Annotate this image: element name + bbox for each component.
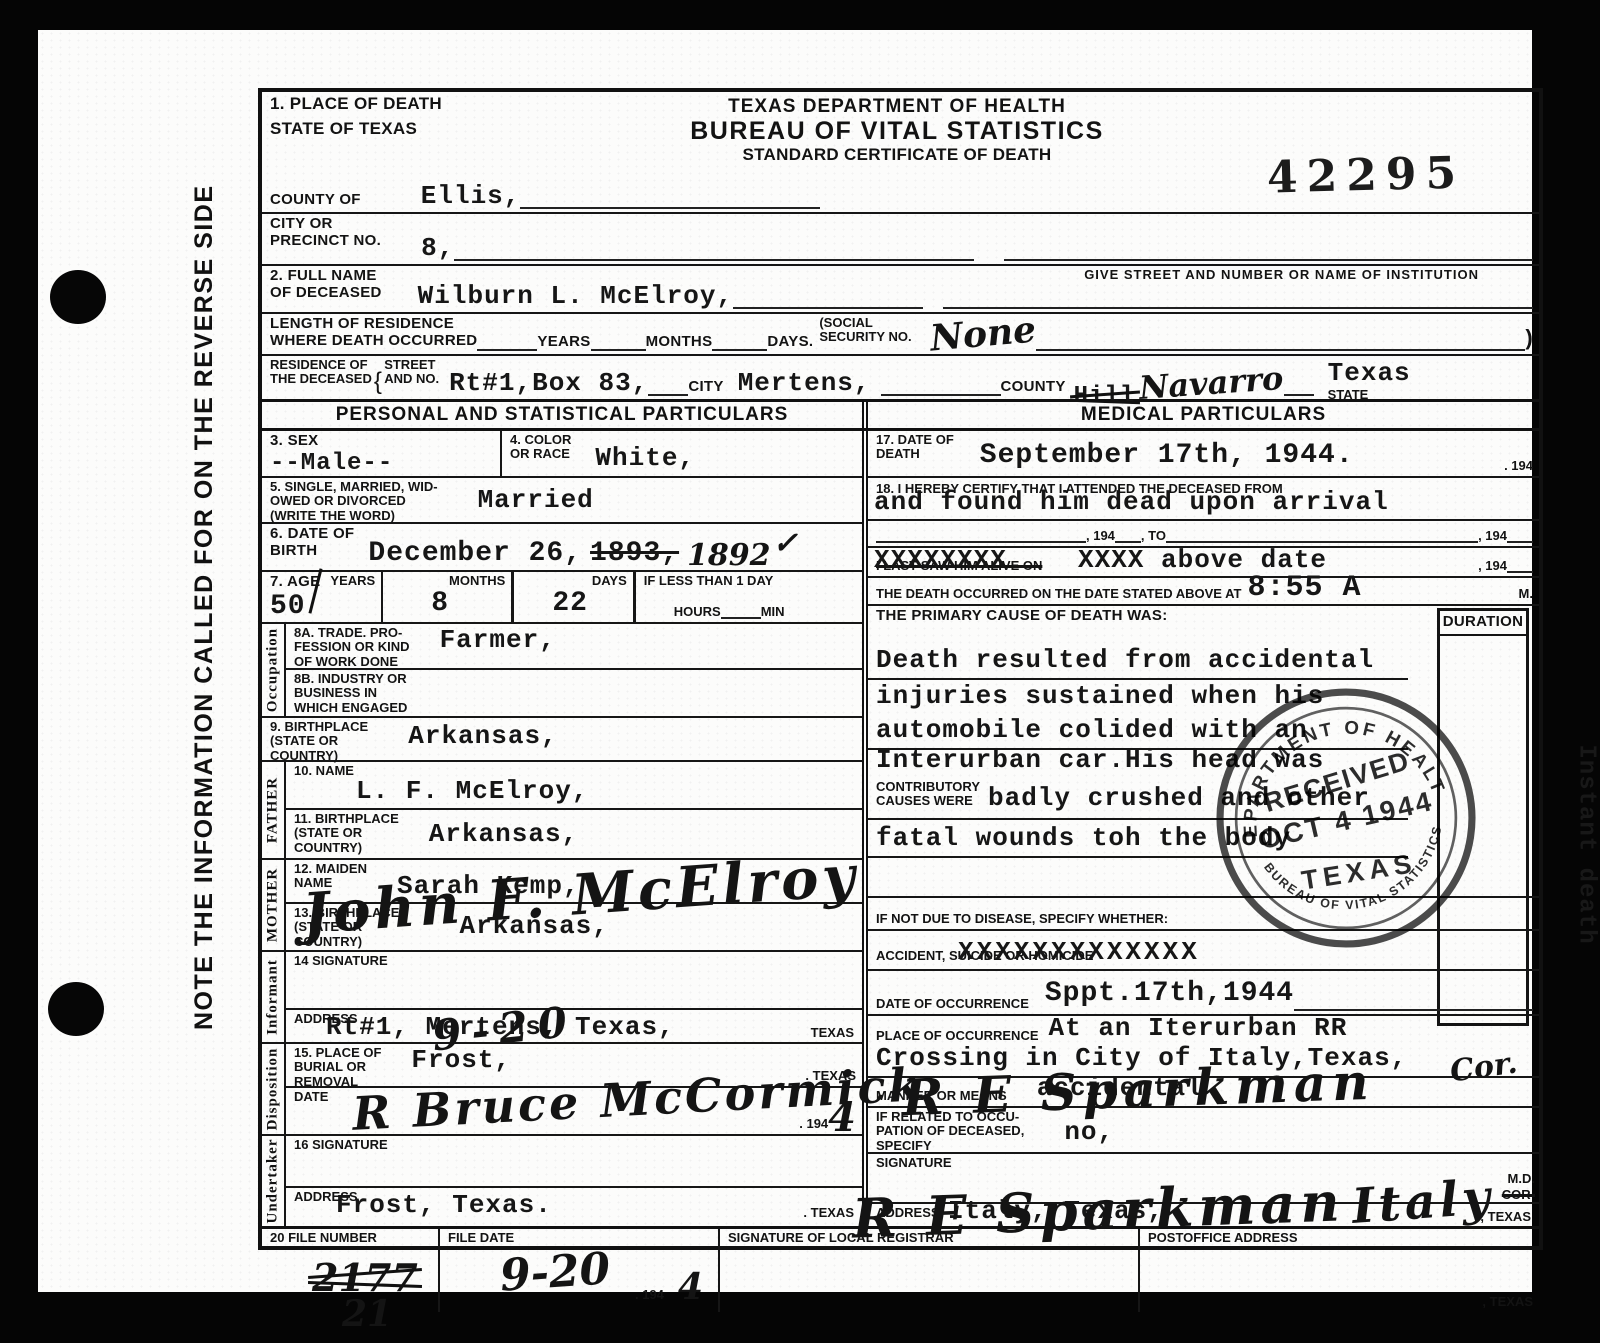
father-name-row: 10. NAME L. F. McElroy, <box>286 762 862 810</box>
occupation-group: Occupation 8A. TRADE. PRO- FESSION OR KI… <box>262 624 862 718</box>
to-end: , 194 <box>1478 529 1507 543</box>
cor-label: COR- <box>1502 1188 1535 1202</box>
place-of-death-label: 1. PLACE OF DEATH <box>270 94 700 113</box>
occurred-time: 8:55 A <box>1247 571 1361 605</box>
file-date-year-script: 4 <box>678 1266 703 1308</box>
father-bp-label-3: COUNTRY) <box>294 841 399 855</box>
state2-label: STATE <box>1328 388 1411 402</box>
marital-label-1: 5. SINGLE, MARRIED, WID- <box>270 480 438 494</box>
industry-label-2: BUSINESS IN <box>294 686 407 700</box>
related-label-2: PATION OF DECEASED, <box>876 1124 1024 1138</box>
file-number-value: 21 <box>342 1293 392 1335</box>
less-than-day-label: IF LESS THAN 1 DAY <box>644 574 774 588</box>
father-name-label: 10. NAME <box>294 764 354 778</box>
fullname-label-2: OF DECEASED <box>270 285 382 302</box>
file-number-cell: 20 FILE NUMBER 2177 21 <box>262 1229 440 1312</box>
residence-label-1: LENGTH OF RESIDENCE <box>270 316 477 333</box>
cause-line-1: Death resulted from accidental <box>876 645 1374 675</box>
undertaker-side-label: Undertaker <box>265 1139 282 1224</box>
to-label: , TO <box>1141 529 1166 543</box>
city-label-1: CITY OR <box>270 216 381 233</box>
birth-handwritten: 1892 <box>687 538 771 573</box>
maiden-name-row: 12. MAIDEN NAME Sarah Kemp, <box>286 860 862 904</box>
burial-label-2: BURIAL OR <box>294 1060 381 1074</box>
undertaker-signature-row: 16 SIGNATURE <box>286 1136 862 1188</box>
city-precinct-row: CITY OR PRECINCT NO. 8, <box>262 214 1539 266</box>
burial-row: 15. PLACE OF BURIAL OR REMOVAL Frost, . … <box>286 1044 862 1088</box>
age-row: 7. AGE 50 YEARS 8 MONTHS 22 DAYS <box>262 572 862 624</box>
occupation-side-label: Occupation <box>265 628 282 712</box>
fullname-label-1: 2. FULL NAME <box>270 268 382 285</box>
informant-side-label: Informant <box>265 959 282 1035</box>
birth-value-struck: 1893, <box>590 538 679 569</box>
registration-row: 20 FILE NUMBER 2177 21 FILE DATE 9-20 . … <box>262 1226 1539 1312</box>
birthplace-label-1: 9. BIRTHPLACE <box>270 720 368 734</box>
burial-date-row: DATE . 194 4 <box>286 1088 862 1134</box>
mother-bp-value: Arkansas, <box>459 911 608 941</box>
related-occupation-row: IF RELATED TO OCCU- PATION OF DECEASED, … <box>868 1108 1539 1154</box>
informant-group: Informant 14 SIGNATURE ADDRESS Rt#1, Mer… <box>262 952 862 1044</box>
years-label: YEARS <box>537 334 590 351</box>
death-certificate-form: 1. PLACE OF DEATH STATE OF TEXAS TEXAS D… <box>258 88 1543 1250</box>
ssn-label-2: SECURITY NO. <box>819 330 911 344</box>
postoffice-texas-suffix: , TEXAS <box>1482 1295 1533 1309</box>
county-value: Ellis, <box>421 181 521 211</box>
md-label: M.D. <box>1508 1172 1535 1186</box>
burial-date-label: DATE <box>294 1090 328 1104</box>
informant-signature-row: 14 SIGNATURE <box>286 952 862 1010</box>
father-bp-value: Arkansas, <box>429 819 578 849</box>
mother-bp-label-1: 13. BIRTHPLACE <box>294 906 399 920</box>
residence2-label-1: RESIDENCE OF <box>270 358 372 372</box>
father-bp-label-2: (STATE OR <box>294 826 399 840</box>
industry-row: 8B. INDUSTRY OR BUSINESS IN WHICH ENGAGE… <box>286 670 862 716</box>
industry-label-3: WHICH ENGAGED <box>294 701 407 715</box>
maiden-label-1: 12. MAIDEN <box>294 862 367 876</box>
dod-label-2: DEATH <box>876 447 954 461</box>
birthplace-value: Arkansas, <box>408 721 557 751</box>
birthplace-label-3: COUNTRY) <box>270 749 368 763</box>
date-of-death-row: 17. DATE OF DEATH September 17th, 1944. … <box>868 431 1539 478</box>
precinct-value: 8, <box>421 233 454 263</box>
paren-close: ) <box>1525 326 1533 351</box>
ssn-label-1: (SOCIAL <box>819 316 911 330</box>
accident-row: ACCIDENT, SUICIDE OR HOMICIDE XXXXXXXXXX… <box>868 931 1539 971</box>
length-residence-row: LENGTH OF RESIDENCE WHERE DEATH OCCURRED… <box>262 314 1539 356</box>
medical-section-title: MEDICAL PARTICULARS <box>868 402 1539 428</box>
father-bp-label-1: 11. BIRTHPLACE <box>294 812 399 826</box>
min-label: MIN <box>761 605 785 619</box>
occurrence-date-value: Sppt.17th,1944 <box>1045 978 1294 1009</box>
trade-value: Farmer, <box>440 625 556 655</box>
accident-overtype: XXXXXXXXXXXXX <box>958 937 1200 967</box>
informant-signature-label: 14 SIGNATURE <box>294 954 388 968</box>
file-date-value: 9-20 <box>498 1243 611 1302</box>
industry-label-1: 8B. INDUSTRY OR <box>294 672 407 686</box>
age-years-label: YEARS <box>330 574 375 588</box>
undertaker-address-value: Frost, Texas. <box>336 1190 552 1220</box>
father-birthplace-row: 11. BIRTHPLACE (STATE OR COUNTRY) Arkans… <box>286 810 862 858</box>
occurrence-date-label: DATE OF OCCURRENCE <box>876 997 1029 1011</box>
occurrence-date-row: DATE OF OCCURRENCE Sppt.17th,1944 <box>868 971 1539 1016</box>
sex-value: --Male-- <box>270 450 393 477</box>
county2-label: COUNTY <box>1001 379 1066 396</box>
age-months-label: MONTHS <box>449 574 505 588</box>
months-label: MONTHS <box>646 334 713 351</box>
disposition-group: Disposition 15. PLACE OF BURIAL OR REMOV… <box>262 1044 862 1136</box>
file-date-year-print: . 194 <box>635 1288 664 1302</box>
occurred-m-label: M. <box>1519 587 1533 601</box>
burial-label-3: REMOVAL <box>294 1075 381 1089</box>
occurrence-place-row: PLACE OF OCCURRENCE At an Iterurban RR C… <box>868 1016 1539 1078</box>
undertaker-group: Undertaker 16 SIGNATURE ADDRESS Frost, T… <box>262 1136 862 1226</box>
related-value: no, <box>1064 1117 1114 1147</box>
mother-birthplace-row: 13. BIRTHPLACE (STATE OR COUNTRY) Arkans… <box>286 904 862 950</box>
manner-value: accidental <box>1037 1073 1203 1103</box>
personal-column: 3. SEX --Male-- 4. COLOR OR RACE White, … <box>262 431 868 1226</box>
trade-row: 8A. TRADE. PRO- FESSION OR KIND OF WORK … <box>286 624 862 670</box>
hours-label: HOURS <box>674 605 721 619</box>
last-saw-row: I LAST SAW HIM ALIVE ON XXXXXXXX XXXX ab… <box>868 548 1539 578</box>
marital-label-2: OWED OR DIVORCED <box>270 494 438 508</box>
to-pre: , 194 <box>1086 529 1115 543</box>
last-saw-194: , 194 <box>1478 559 1507 573</box>
registrar-label: SIGNATURE OF LOCAL REGISTRAR <box>728 1231 954 1245</box>
brace: { <box>374 369 382 396</box>
age-days-value: 22 <box>552 588 588 619</box>
related-label-1: IF RELATED TO OCCU- <box>876 1110 1024 1124</box>
birth-value: December 26, <box>368 538 582 569</box>
certify-row: 18. I HEREBY CERTIFY THAT I ATTENDED THE… <box>868 478 1539 521</box>
death-occurred-row: THE DEATH OCCURRED ON THE DATE STATED AB… <box>868 578 1539 606</box>
burial-value: Frost, <box>411 1045 511 1075</box>
county2-handwritten: Navarro <box>1138 359 1285 407</box>
informant-address-suffix: TEXAS <box>811 1026 854 1040</box>
informant-address-row: ADDRESS Rt#1, Mertens, Texas, TEXAS <box>286 1010 862 1042</box>
if-not-disease-label: IF NOT DUE TO DISEASE, SPECIFY WHETHER: <box>876 912 1168 926</box>
sex-cell: 3. SEX --Male-- <box>262 431 502 476</box>
color-value: White, <box>595 443 695 473</box>
color-cell: 4. COLOR OR RACE White, <box>502 431 862 476</box>
dod-194: . 194 <box>1504 459 1533 473</box>
marital-label-3: (WRITE THE WORD) <box>270 509 438 523</box>
burial-label-1: 15. PLACE OF <box>294 1046 381 1060</box>
residence-street-row: RESIDENCE OF THE DECEASED { STREET AND N… <box>262 356 1539 402</box>
physician-address-value: Italy, Texas, <box>948 1196 1164 1226</box>
postoffice-label: POSTOFFICE ADDRESS <box>1148 1231 1298 1245</box>
paper-sheet: NOTE THE INFORMATION CALLED FOR ON THE R… <box>38 30 1532 1292</box>
mother-group: MOTHER 12. MAIDEN NAME Sarah Kemp, 13. B… <box>262 860 862 952</box>
primary-cause-label: THE PRIMARY CAUSE OF DEATH WAS: <box>876 608 1168 625</box>
birth-date-row: 6. DATE OF BIRTH December 26, 1893, 1892… <box>262 524 862 572</box>
sex-label: 3. SEX <box>270 433 393 450</box>
file-date-label: FILE DATE <box>448 1231 514 1245</box>
scanned-death-certificate: NOTE THE INFORMATION CALLED FOR ON THE R… <box>0 0 1600 1343</box>
physician-address-suffix: , TEXAS <box>1480 1210 1531 1224</box>
ssn-handwritten: None <box>928 308 1037 359</box>
file-number-label: 20 FILE NUMBER <box>270 1231 377 1245</box>
maiden-value: Sarah Kemp, <box>397 871 580 901</box>
street-label-1: STREET <box>384 358 439 372</box>
city2-label: CITY <box>688 379 723 396</box>
street-value: Rt#1,Box 83, <box>449 368 648 398</box>
header-title-row: 1. PLACE OF DEATH STATE OF TEXAS TEXAS D… <box>262 92 1539 180</box>
undertaker-address-suffix: . TEXAS <box>803 1206 854 1220</box>
dept-title-3: STANDARD CERTIFICATE OF DEATH <box>662 145 1132 164</box>
file-date-cell: FILE DATE 9-20 . 194 4 <box>440 1229 720 1312</box>
months-cell: 8 MONTHS <box>383 572 514 622</box>
days-label: DAYS. <box>767 334 813 351</box>
physician-address-label: ADDRESS <box>876 1206 940 1220</box>
county2-struck: Hill <box>1074 383 1136 410</box>
color-label-1: 4. COLOR <box>510 433 571 447</box>
dod-label-1: 17. DATE OF <box>876 433 954 447</box>
occurrence-place-value-1: At an Iterurban RR <box>1049 1013 1348 1043</box>
hole-punch-top <box>50 270 106 324</box>
undertaker-signature-label: 16 SIGNATURE <box>294 1138 388 1152</box>
last-saw-over-1: XXXXXXXX <box>874 545 1007 575</box>
father-name-value: L. F. McElroy, <box>356 776 588 806</box>
duration-value: Instant death <box>1573 744 1600 944</box>
related-label-3: SPECIFY <box>876 1139 1024 1153</box>
burial-year-print: . 194 <box>799 1117 828 1131</box>
birthplace-label-2: (STATE OR <box>270 734 368 748</box>
age-cell: 7. AGE 50 YEARS <box>262 572 383 622</box>
fullname-value: Wilburn L. McElroy, <box>418 281 733 311</box>
informant-address-value: Rt#1, Mertens, Texas, <box>326 1012 675 1042</box>
birth-checkmark: ✓ <box>773 526 798 561</box>
trade-label-3: OF WORK DONE <box>294 655 410 669</box>
contributory-label-1: CONTRIBUTORY <box>876 780 980 794</box>
county-label: COUNTY OF <box>270 192 361 209</box>
burial-year-script: 4 <box>828 1094 856 1141</box>
physician-signature-label: SIGNATURE <box>876 1156 952 1170</box>
birthplace-row: 9. BIRTHPLACE (STATE OR COUNTRY) Arkansa… <box>262 718 862 762</box>
county-row: COUNTY OF Ellis, <box>262 180 1539 214</box>
marital-row: 5. SINGLE, MARRIED, WID- OWED OR DIVORCE… <box>262 478 862 524</box>
disposition-side-label: Disposition <box>265 1048 282 1131</box>
father-side-label: FATHER <box>265 777 282 843</box>
postoffice-cell: POSTOFFICE ADDRESS , TEXAS <box>1140 1229 1539 1312</box>
duration-label: DURATION <box>1440 611 1526 636</box>
mother-bp-label-2: (STATE OR <box>294 920 399 934</box>
section-header-row: PERSONAL AND STATISTICAL PARTICULARS MED… <box>262 402 1539 431</box>
color-label-2: OR RACE <box>510 447 571 461</box>
city-label-2: PRECINCT NO. <box>270 233 381 250</box>
occurred-label: THE DEATH OCCURRED ON THE DATE STATED AB… <box>876 587 1241 601</box>
occurrence-place-label: PLACE OF OCCURRENCE <box>876 1029 1039 1043</box>
trade-label-2: FESSION OR KIND <box>294 640 410 654</box>
residence2-label-2: THE DECEASED <box>270 372 372 386</box>
age-months-value: 8 <box>431 588 449 619</box>
mother-bp-label-3: COUNTRY) <box>294 935 399 949</box>
marital-value: Married <box>478 485 594 515</box>
occurrence-place-value-2: Crossing in City of Italy,Texas, <box>876 1043 1533 1073</box>
physician-address-row: ADDRESS Italy, Texas, , TEXAS <box>868 1204 1539 1226</box>
manner-label: MANNER OR MEANS <box>876 1089 1007 1103</box>
birth-label-1: 6. DATE OF <box>270 526 354 543</box>
undertaker-address-row: ADDRESS Frost, Texas. . TEXAS <box>286 1188 862 1226</box>
father-group: FATHER 10. NAME L. F. McElroy, 11. BIRTH… <box>262 762 862 860</box>
reverse-side-note: NOTE THE INFORMATION CALLED FOR ON THE R… <box>190 184 219 1030</box>
mother-side-label: MOTHER <box>265 868 282 942</box>
dept-title-1: TEXAS DEPARTMENT OF HEALTH <box>662 96 1132 117</box>
full-name-row: 2. FULL NAME OF DECEASED Wilburn L. McEl… <box>262 266 1539 314</box>
state-label: STATE OF TEXAS <box>270 119 700 138</box>
trade-label-1: 8A. TRADE. PRO- <box>294 626 410 640</box>
age-days-label: DAYS <box>592 574 627 588</box>
personal-section-title: PERSONAL AND STATISTICAL PARTICULARS <box>262 402 868 428</box>
age-label: 7. AGE <box>270 574 320 591</box>
contributory-label-2: CAUSES WERE <box>876 794 980 808</box>
maiden-label-2: NAME <box>294 876 367 890</box>
manner-row: MANNER OR MEANS accidental <box>868 1078 1539 1108</box>
state2-value: Texas <box>1328 358 1411 388</box>
registrar-cell: SIGNATURE OF LOCAL REGISTRAR <box>720 1229 1140 1312</box>
certify-overtype: and found him dead upon arrival <box>874 487 1389 517</box>
dept-title-2: BUREAU OF VITAL STATISTICS <box>662 117 1132 145</box>
hole-punch-bottom <box>48 982 104 1036</box>
less-than-day-cell: IF LESS THAN 1 DAY HOURS MIN <box>636 572 862 622</box>
birth-label-2: BIRTH <box>270 543 354 560</box>
street-note: GIVE STREET AND NUMBER OR NAME OF INSTIT… <box>1084 268 1479 282</box>
burial-suffix: . TEXAS <box>805 1069 856 1083</box>
residence-label-2: WHERE DEATH OCCURRED <box>270 333 477 350</box>
street-label-2: AND NO. <box>384 372 439 386</box>
dod-value: September 17th, 1944. <box>980 440 1354 471</box>
days-cell: 22 DAYS <box>514 572 635 622</box>
city2-value: Mertens, <box>738 368 871 398</box>
attended-to-row: , 194 , TO , 194 <box>868 521 1539 548</box>
